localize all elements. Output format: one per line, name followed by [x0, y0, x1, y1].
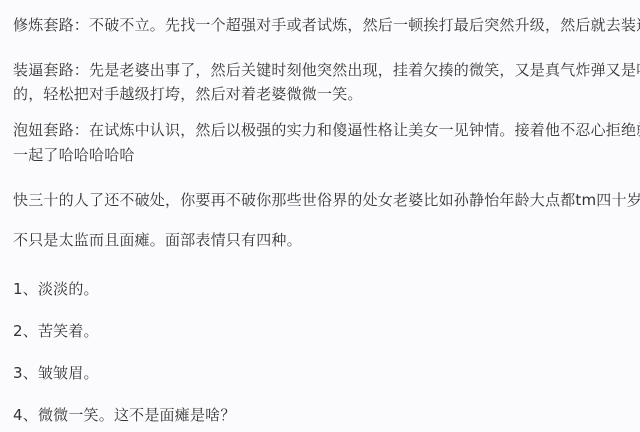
paragraph-romance-trope-line-2: 一起了哈哈哈哈哈 — [13, 145, 135, 165]
list-item-1: 1、淡淡的。 — [13, 279, 99, 299]
paragraph-showoff-trope-line-2: 的，轻松把对手越级打垮，然后对着老婆微微一笑。 — [13, 84, 363, 104]
paragraph-complaint: 快三十的人了还不破处，你要再不破你那些世俗界的处女老婆比如孙静怡年龄大点都tm四… — [13, 190, 640, 210]
paragraph-showoff-trope-line-1: 装逼套路：先是老婆出事了，然后关键时刻他突然出现，挂着欠揍的微笑，又是真气炸弹又… — [13, 60, 640, 80]
list-item-3: 3、皱皱眉。 — [13, 363, 99, 383]
list-item-2: 2、苦笑着。 — [13, 321, 99, 341]
article-body: 修炼套路：不破不立。先找一个超强对手或者试炼，然后一顿挨打最后突然升级，然后就去… — [0, 0, 640, 432]
list-item-4: 4、微微一笑。这不是面瘫是啥？ — [13, 405, 236, 425]
paragraph-cultivation-trope: 修炼套路：不破不立。先找一个超强对手或者试炼，然后一顿挨打最后突然升级，然后就去… — [13, 15, 640, 35]
paragraph-romance-trope-line-1: 泡妞套路：在试炼中认识，然后以极强的实力和傻逼性格让美女一见钟情。接着他不忍心拒… — [13, 120, 640, 140]
paragraph-expressions-intro: 不只是太监而且面瘫。面部表情只有四种。 — [13, 230, 302, 250]
